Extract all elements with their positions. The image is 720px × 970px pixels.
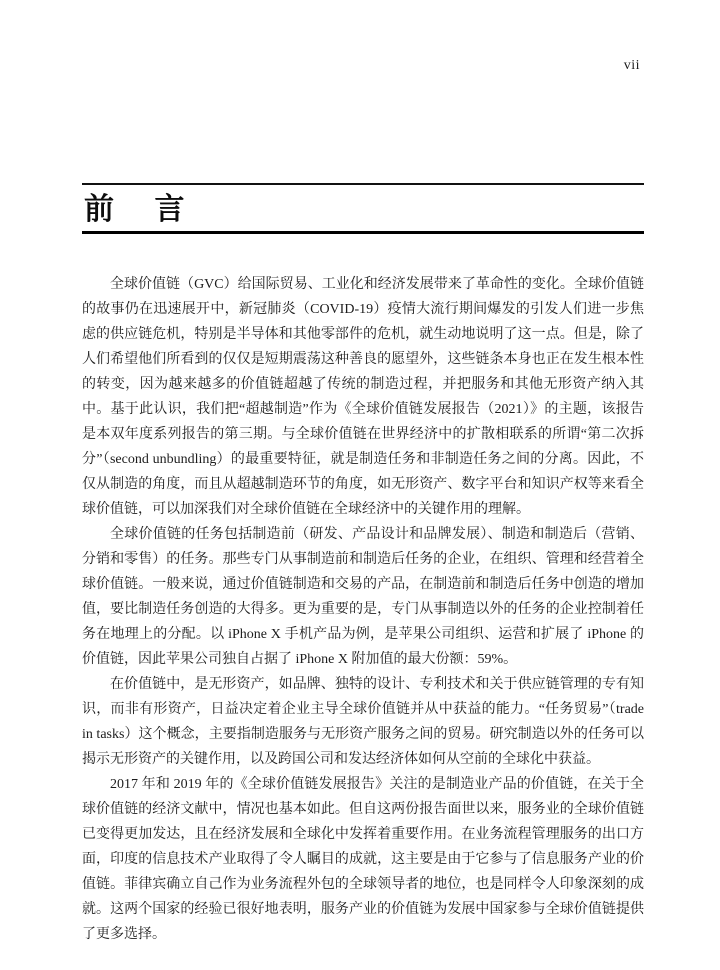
page-title: 前言 [84, 191, 644, 229]
paragraph-1: 全球价值链（GVC）给国际贸易、工业化和经济发展带来了革命性的变化。全球价值链的… [82, 272, 644, 522]
heading-bottom-rule [82, 231, 644, 235]
preface-body: 全球价值链（GVC）给国际贸易、工业化和经济发展带来了革命性的变化。全球价值链的… [82, 272, 644, 947]
preface-heading-block: 前言 [82, 183, 644, 234]
document-page: vii 前言 全球价值链（GVC）给国际贸易、工业化和经济发展带来了革命性的变化… [0, 0, 720, 970]
page-number: vii [624, 58, 640, 74]
heading-top-rule [82, 183, 644, 185]
paragraph-2: 全球价值链的任务包括制造前（研发、产品设计和品牌发展）、制造和制造后（营销、分销… [82, 522, 644, 672]
paragraph-4: 2017 年和 2019 年的《全球价值链发展报告》关注的是制造业产品的价值链，… [82, 772, 644, 947]
paragraph-3: 在价值链中，是无形资产，如品牌、独特的设计、专利技术和关于供应链管理的专有知识，… [82, 672, 644, 772]
